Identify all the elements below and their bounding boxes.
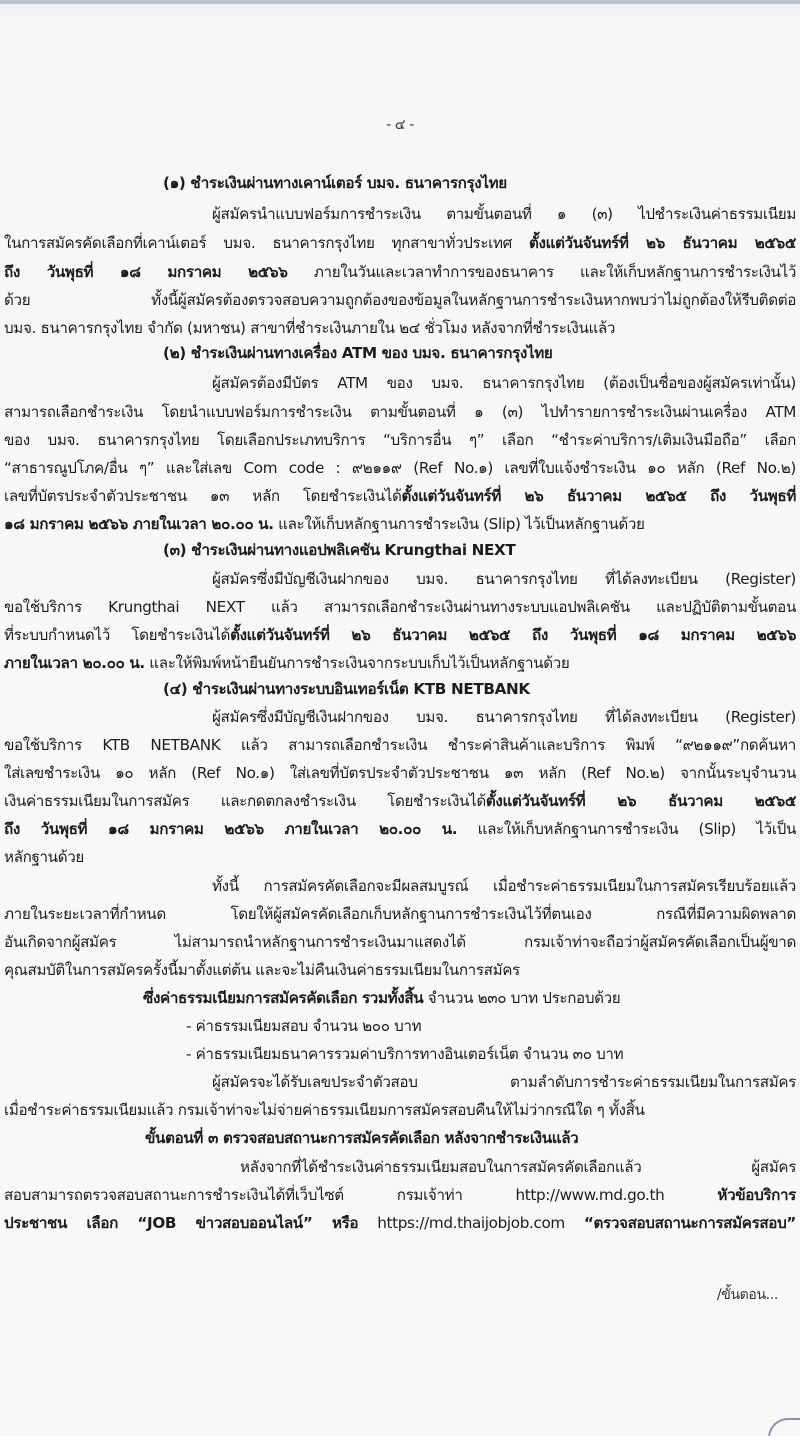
section3-line: ขอใช้บริการ Krungthai NEXT แล้ว สามารถเล…: [4, 597, 796, 617]
section3-line: ผู้สมัครซึ่งมีบัญชีเงินฝากของ บมจ. ธนาคา…: [212, 569, 796, 589]
continuation-marker: /ขั้นตอน...: [717, 1285, 778, 1305]
text: หัวข้อบริการ: [717, 1186, 796, 1204]
section1-line: ถึง วันพุธที่ ๑๘ มกราคม ๒๕๖๖ ภายในวันและ…: [4, 262, 796, 282]
section2-line: สามารถเลือกชำระเงิน โดยนำแบบฟอร์มการชำระ…: [4, 402, 796, 422]
text: “ตรวจสอบสถานะการสมัครสอบ”: [584, 1214, 796, 1232]
section2-line: ผู้สมัครต้องมีบัตร ATM ของ บมจ. ธนาคารกร…: [212, 373, 796, 393]
section1-heading: (๑) ชำระเงินผ่านทางเคาน์เตอร์ บมจ. ธนาคา…: [163, 173, 507, 193]
fee-item: - ค่าธรรมเนียมธนาคารรวมค่าบริการทางอินเต…: [186, 1044, 623, 1064]
completeness-line: คุณสมบัติในการสมัครครั้งนี้มาตั้งแต่ต้น …: [4, 960, 520, 980]
step3-line: ประชาชน เลือก “JOB ข่าวสอบออนไลน์” หรือ …: [4, 1213, 796, 1233]
text: เลขที่บัตรประจำตัวประชาชน ๑๓ หลัก โดยชำร…: [4, 487, 402, 505]
completeness-line: ทั้งนี้ การสมัครคัดเลือกจะมีผลสมบูรณ์ เม…: [212, 876, 796, 896]
fees-intro: ซึ่งค่าธรรมเนียมการสมัครคัดเลือก รวมทั้ง…: [143, 988, 620, 1008]
document-page: - ๔ - (๑) ชำระเงินผ่านทางเคาน์เตอร์ บมจ.…: [0, 0, 800, 1436]
section2-line: ของ บมจ. ธนาคารกรุงไทย โดยเลือกประเภทบริ…: [4, 430, 796, 450]
section1-line: ในการสมัครคัดเลือกที่เคาน์เตอร์ บมจ. ธนา…: [4, 233, 796, 253]
text: ในการสมัครคัดเลือกที่เคาน์เตอร์ บมจ. ธนา…: [4, 234, 512, 252]
step3-line: สอบสามารถตรวจสอบสถานะการชำระเงินได้ที่เว…: [4, 1185, 796, 1205]
section4-line: หลักฐานด้วย: [4, 847, 84, 867]
fees-note-line: เมื่อชำระค่าธรรมเนียมแล้ว กรมเจ้าท่าจะไม…: [4, 1100, 645, 1120]
step3-heading: ขั้นตอนที่ ๓ ตรวจสอบสถานะการสมัครคัดเลือ…: [145, 1128, 578, 1148]
step3-line: หลังจากที่ได้ชำระเงินค่าธรรมเนียมสอบในกา…: [240, 1157, 796, 1177]
time-limit: ภายในเวลา ๒๐.๐๐ น.: [4, 654, 145, 672]
date-range: ตั้งแต่วันจันทร์ที่ ๒๖ ธันวาคม ๒๕๖๕ ถึง …: [402, 487, 796, 505]
handwritten-mark: [768, 1418, 800, 1436]
text: ประชาชน เลือก “JOB ข่าวสอบออนไลน์” หรือ: [4, 1214, 358, 1232]
thaijobjob-link[interactable]: https://md.thaijobjob.com: [377, 1214, 565, 1232]
section1-line: ด้วย ทั้งนี้ผู้สมัครต้องตรวจสอบความถูกต้…: [4, 290, 796, 310]
date-range-end: ๑๘ มกราคม ๒๕๖๖ ภายในเวลา ๒๐.๐๐ น.: [4, 515, 274, 533]
text: และให้เก็บหลักฐานการชำระเงิน (Slip) ไว้เ…: [478, 820, 796, 838]
section4-line: ขอใช้บริการ KTB NETBANK แล้ว สามารถเลือก…: [4, 735, 796, 755]
completeness-line: อันเกิดจากผู้สมัคร ไม่สามารถนำหลักฐานการ…: [4, 932, 796, 952]
section3-line: ที่ระบบกำหนดไว้ โดยชำระเงินได้ตั้งแต่วัน…: [4, 625, 796, 645]
section4-line: ผู้สมัครซึ่งมีบัญชีเงินฝากของ บมจ. ธนาคา…: [212, 707, 796, 727]
date-range-end: ถึง วันพุธที่ ๑๘ มกราคม ๒๕๖๖ ภายในเวลา ๒…: [4, 820, 457, 838]
text: และให้พิมพ์หน้ายืนยันการชำระเงินจากระบบเ…: [149, 654, 569, 672]
text: ภายในวันและเวลาทำการของธนาคาร และให้เก็บ…: [314, 263, 796, 281]
date-range: ตั้งแต่วันจันทร์ที่ ๒๖ ธันวาคม ๒๕๖๕ ถึง …: [230, 626, 796, 644]
section4-heading: (๔) ชำระเงินผ่านทางระบบอินเทอร์เน็ต KTB …: [163, 679, 530, 699]
date-range-end: ถึง วันพุธที่ ๑๘ มกราคม ๒๕๖๖: [4, 263, 288, 281]
md-website-link[interactable]: http://www.md.go.th: [516, 1186, 665, 1204]
section2-heading: (๒) ชำระเงินผ่านทางเครื่อง ATM ของ บมจ. …: [163, 343, 552, 363]
section2-line: “สาธารณูปโภค/อื่น ๆ” และใส่เลข Com code …: [4, 458, 796, 478]
text: และให้เก็บหลักฐานการชำระเงิน (Slip) ไว้เ…: [278, 515, 644, 533]
section3-line: ภายในเวลา ๒๐.๐๐ น. และให้พิมพ์หน้ายืนยัน…: [4, 653, 569, 673]
page-number: - ๔ -: [0, 115, 800, 135]
fees-total-label: ซึ่งค่าธรรมเนียมการสมัครคัดเลือก รวมทั้ง…: [143, 989, 423, 1007]
section2-line: เลขที่บัตรประจำตัวประชาชน ๑๓ หลัก โดยชำร…: [4, 486, 796, 506]
fee-item: - ค่าธรรมเนียมสอบ จำนวน ๒๐๐ บาท: [186, 1016, 421, 1036]
text: ที่ระบบกำหนดไว้ โดยชำระเงินได้: [4, 626, 230, 644]
section1-line: บมจ. ธนาคารกรุงไทย จำกัด (มหาชน) สาขาที่…: [4, 318, 615, 338]
text: เงินค่าธรรมเนียมในการสมัคร และกดตกลงชำระ…: [4, 792, 486, 810]
section2-line: ๑๘ มกราคม ๒๕๖๖ ภายในเวลา ๒๐.๐๐ น. และให้…: [4, 514, 645, 534]
section4-line: ถึง วันพุธที่ ๑๘ มกราคม ๒๕๖๖ ภายในเวลา ๒…: [4, 819, 796, 839]
date-range-start: ตั้งแต่วันจันทร์ที่ ๒๖ ธันวาคม ๒๕๖๕: [529, 234, 796, 252]
scan-edge: [0, 0, 800, 4]
fees-total-value: จำนวน ๒๓๐ บาท ประกอบด้วย: [423, 989, 620, 1007]
section1-line: ผู้สมัครนำแบบฟอร์มการชำระเงิน ตามขั้นตอน…: [212, 204, 796, 224]
fees-note-line: ผู้สมัครจะได้รับเลขประจำตัวสอบ ตามลำดับก…: [212, 1072, 796, 1092]
date-range-start: ตั้งแต่วันจันทร์ที่ ๒๖ ธันวาคม ๒๕๖๕: [486, 792, 796, 810]
text: สอบสามารถตรวจสอบสถานะการชำระเงินได้ที่เว…: [4, 1186, 463, 1204]
section4-line: ใส่เลขชำระเงิน ๑๐ หลัก (Ref No.๑) ใส่เลข…: [4, 763, 796, 783]
section3-heading: (๓) ชำระเงินผ่านทางแอปพลิเคชัน Krungthai…: [163, 540, 515, 560]
completeness-line: ภายในระยะเวลาที่กำหนด โดยให้ผู้สมัครคัดเ…: [4, 904, 796, 924]
section4-line: เงินค่าธรรมเนียมในการสมัคร และกดตกลงชำระ…: [4, 791, 796, 811]
